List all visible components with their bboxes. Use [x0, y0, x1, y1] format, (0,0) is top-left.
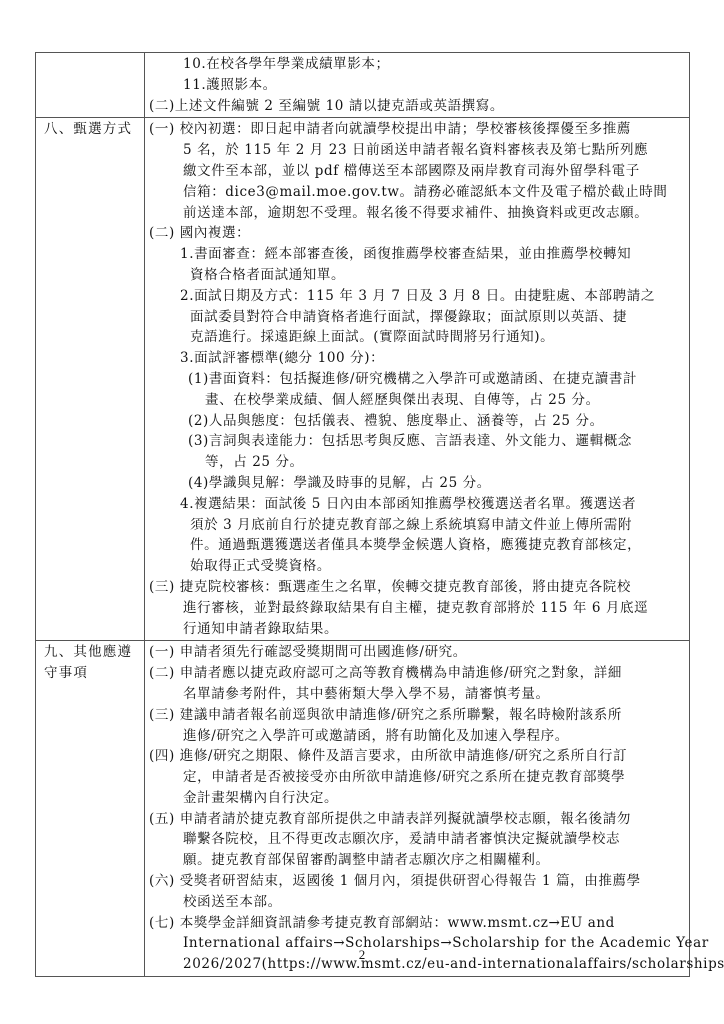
list-item: (三) 建議申請者報名前逕與欲申請進修/研究之系所聯繫，報名時檢附該系所 — [149, 705, 683, 726]
numbered-item-continuation: 克語進行。採遠距線上面試。(實際面試時間將另行通知)。 — [149, 327, 683, 348]
section-label-line: 守事項 — [44, 663, 140, 684]
list-item: (二)上述文件編號 2 至編號 10 請以捷克語或英語撰寫。 — [149, 96, 683, 117]
list-item-continuation: 行通知申請者錄取結果。 — [149, 619, 683, 640]
list-item: (五) 申請者請於捷克教育部所提供之申請表詳列擬就讀學校志願，報名後請勿 — [149, 809, 683, 830]
section-label-selection: 八、甄選方式 — [36, 118, 145, 641]
list-item: (一) 申請者須先行確認受獎期間可出國進修/研究。 — [149, 642, 683, 663]
list-item: (二) 國內複選： — [149, 223, 683, 244]
list-item-continuation: 聯繫各院校，且不得更改志願次序，爰請申請者審慎決定擬就讀學校志 — [149, 829, 683, 850]
sub-item: (4)學識與見解：學識及時事的見解，占 25 分。 — [149, 473, 683, 494]
numbered-item: 3.面試評審標準(總分 100 分)： — [149, 348, 683, 369]
table-row-selection: 八、甄選方式 (一) 校內初選：即日起申請者向就讀學校提出申請；學校審核後擇優至… — [36, 118, 690, 641]
section-body-continued: 10.在校各學年學業成績單影本； 11.護照影本。 (二)上述文件編號 2 至編… — [145, 53, 690, 118]
numbered-item-continuation: 須於 3 月底前自行於捷克教育部之線上系統填寫申請文件並上傳所需附 — [149, 515, 683, 536]
sub-item-continuation: 等，占 25 分。 — [149, 452, 683, 473]
list-item: (三) 捷克院校審核：甄選產生之名單，俟轉交捷克教育部後，將由捷克各院校 — [149, 577, 683, 598]
list-item-continuation: 願。捷克教育部保留審酌調整申請者志願次序之相關權利。 — [149, 850, 683, 871]
numbered-item: 2.面試日期及方式：115 年 3 月 7 日及 3 月 8 日。由捷駐處、本部… — [149, 286, 683, 307]
sub-item: (1)書面資料：包括擬進修/研究機構之入學許可或邀請函、在捷克讀書計 — [149, 369, 683, 390]
list-item-continuation: 信箱：dice3@mail.moe.gov.tw。請務必確認紙本文件及電子檔於截… — [149, 182, 683, 203]
list-item: (二) 申請者應以捷克政府認可之高等教育機構為申請進修/研究之對象，詳細 — [149, 663, 683, 684]
section-body-selection: (一) 校內初選：即日起申請者向就讀學校提出申請；學校審核後擇優至多推薦 5 名… — [145, 118, 690, 641]
list-item-continuation: 金計畫架構內自行決定。 — [149, 788, 683, 809]
document-table: 10.在校各學年學業成績單影本； 11.護照影本。 (二)上述文件編號 2 至編… — [35, 52, 690, 977]
table-row-continued: 10.在校各學年學業成績單影本； 11.護照影本。 (二)上述文件編號 2 至編… — [36, 53, 690, 118]
list-item: (一) 校內初選：即日起申請者向就讀學校提出申請；學校審核後擇優至多推薦 — [149, 119, 683, 140]
list-item-continuation: 校函送至本部。 — [149, 892, 683, 913]
numbered-item-continuation: 資格合格者面試通知單。 — [149, 265, 683, 286]
list-item: 10.在校各學年學業成績單影本； — [149, 54, 683, 75]
section-label-line: 九、其他應遵 — [44, 642, 140, 663]
list-item-continuation: 進行審核，並對最終錄取結果有自主權，捷克教育部將於 115 年 6 月底逕 — [149, 598, 683, 619]
sub-item: (2)人品與態度：包括儀表、禮貌、態度舉止、涵養等，占 25 分。 — [149, 411, 683, 432]
numbered-item-continuation: 面試委員對符合申請資格者進行面試，擇優錄取；面試原則以英語、捷 — [149, 307, 683, 328]
list-item-continuation: 繳文件至本部，並以 pdf 檔傳送至本部國際及兩岸教育司海外留學科電子 — [149, 161, 683, 182]
list-item-continuation: 前送達本部，逾期恕不受理。報名後不得要求補件、抽換資料或更改志願。 — [149, 203, 683, 224]
page-number: 2 — [0, 947, 724, 963]
section-label-empty — [36, 53, 145, 118]
list-item: (四) 進修/研究之期限、條件及語言要求，由所欲申請進修/研究之系所自行訂 — [149, 746, 683, 767]
list-item-continuation: 定，申請者是否被接受亦由所欲申請進修/研究之系所在捷克教育部獎學 — [149, 767, 683, 788]
list-item-continuation: 5 名，於 115 年 2 月 23 日前函送申請者報名資料審核表及第七點所列應 — [149, 140, 683, 161]
numbered-item-continuation: 始取得正式受獎資格。 — [149, 556, 683, 577]
section-label-other: 九、其他應遵 守事項 — [36, 641, 145, 977]
list-item: (六) 受獎者研習結束，返國後 1 個月內，須提供研習心得報告 1 篇，由推薦學 — [149, 871, 683, 892]
numbered-item: 1.書面審查：經本部審查後，函復推薦學校審查結果，並由推薦學校轉知 — [149, 244, 683, 265]
section-body-other: (一) 申請者須先行確認受獎期間可出國進修/研究。 (二) 申請者應以捷克政府認… — [145, 641, 690, 977]
list-item: 11.護照影本。 — [149, 75, 683, 96]
table-row-other: 九、其他應遵 守事項 (一) 申請者須先行確認受獎期間可出國進修/研究。 (二)… — [36, 641, 690, 977]
sub-item: (3)言詞與表達能力：包括思考與反應、言語表達、外文能力、邏輯概念 — [149, 431, 683, 452]
numbered-item-continuation: 件。通過甄選獲選送者僅具本獎學金候選人資格，應獲捷克教育部核定， — [149, 535, 683, 556]
list-item-continuation: 進修/研究之入學許可或邀請函，將有助簡化及加速入學程序。 — [149, 726, 683, 747]
sub-item-continuation: 畫、在校學業成績、個人經歷與傑出表現、自傳等，占 25 分。 — [149, 390, 683, 411]
list-item: (七) 本獎學金詳細資訊請參考捷克教育部網站：www.msmt.cz→EU an… — [149, 913, 683, 934]
numbered-item: 4.複選結果：面試後 5 日內由本部函知推薦學校獲選送者名單。獲選送者 — [149, 494, 683, 515]
list-item-continuation: 名單請參考附件，其中藝術類大學入學不易，請審慎考量。 — [149, 684, 683, 705]
